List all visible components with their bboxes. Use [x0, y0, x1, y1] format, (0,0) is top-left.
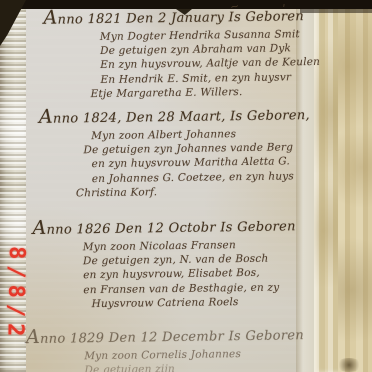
manuscript-photo: Anno 1821 Den 2 January Is Geboren Myn D… [0, 0, 372, 372]
entry-heading: Anno 1826 Den 12 Octobr Is Geboren [32, 214, 312, 241]
camera-timestamp: 8/8/2 [7, 244, 31, 372]
register-entry-1829: Anno 1829 Den 12 Decembr Is Geboren Myn … [26, 323, 315, 372]
entry-line: Huysvrouw Catriena Roels [33, 294, 313, 312]
entry-heading: Anno 1824, Den 28 Maart, Is Geboren, [39, 103, 311, 130]
entry-line: Christina Korf. [40, 183, 312, 201]
register-text: Anno 1821 Den 2 January Is Geboren Myn D… [31, 4, 314, 372]
register-entry-1826: Anno 1826 Den 12 Octobr Is Geboren Myn z… [32, 214, 313, 312]
entry-line: Etje Margaretha E. Willers. [45, 84, 311, 102]
register-entry-1824: Anno 1824, Den 28 Maart, Is Geboren, Myn… [39, 103, 312, 201]
register-entry-1821: Anno 1821 Den 2 January Is Geboren Myn D… [43, 4, 310, 102]
camera-timestamp-text: 8/8/2 [2, 246, 29, 343]
paper-stain [336, 358, 362, 372]
page-edge-stack-outer [338, 0, 372, 372]
entry-heading: Anno 1829 Den 12 Decembr Is Geboren [26, 323, 314, 350]
